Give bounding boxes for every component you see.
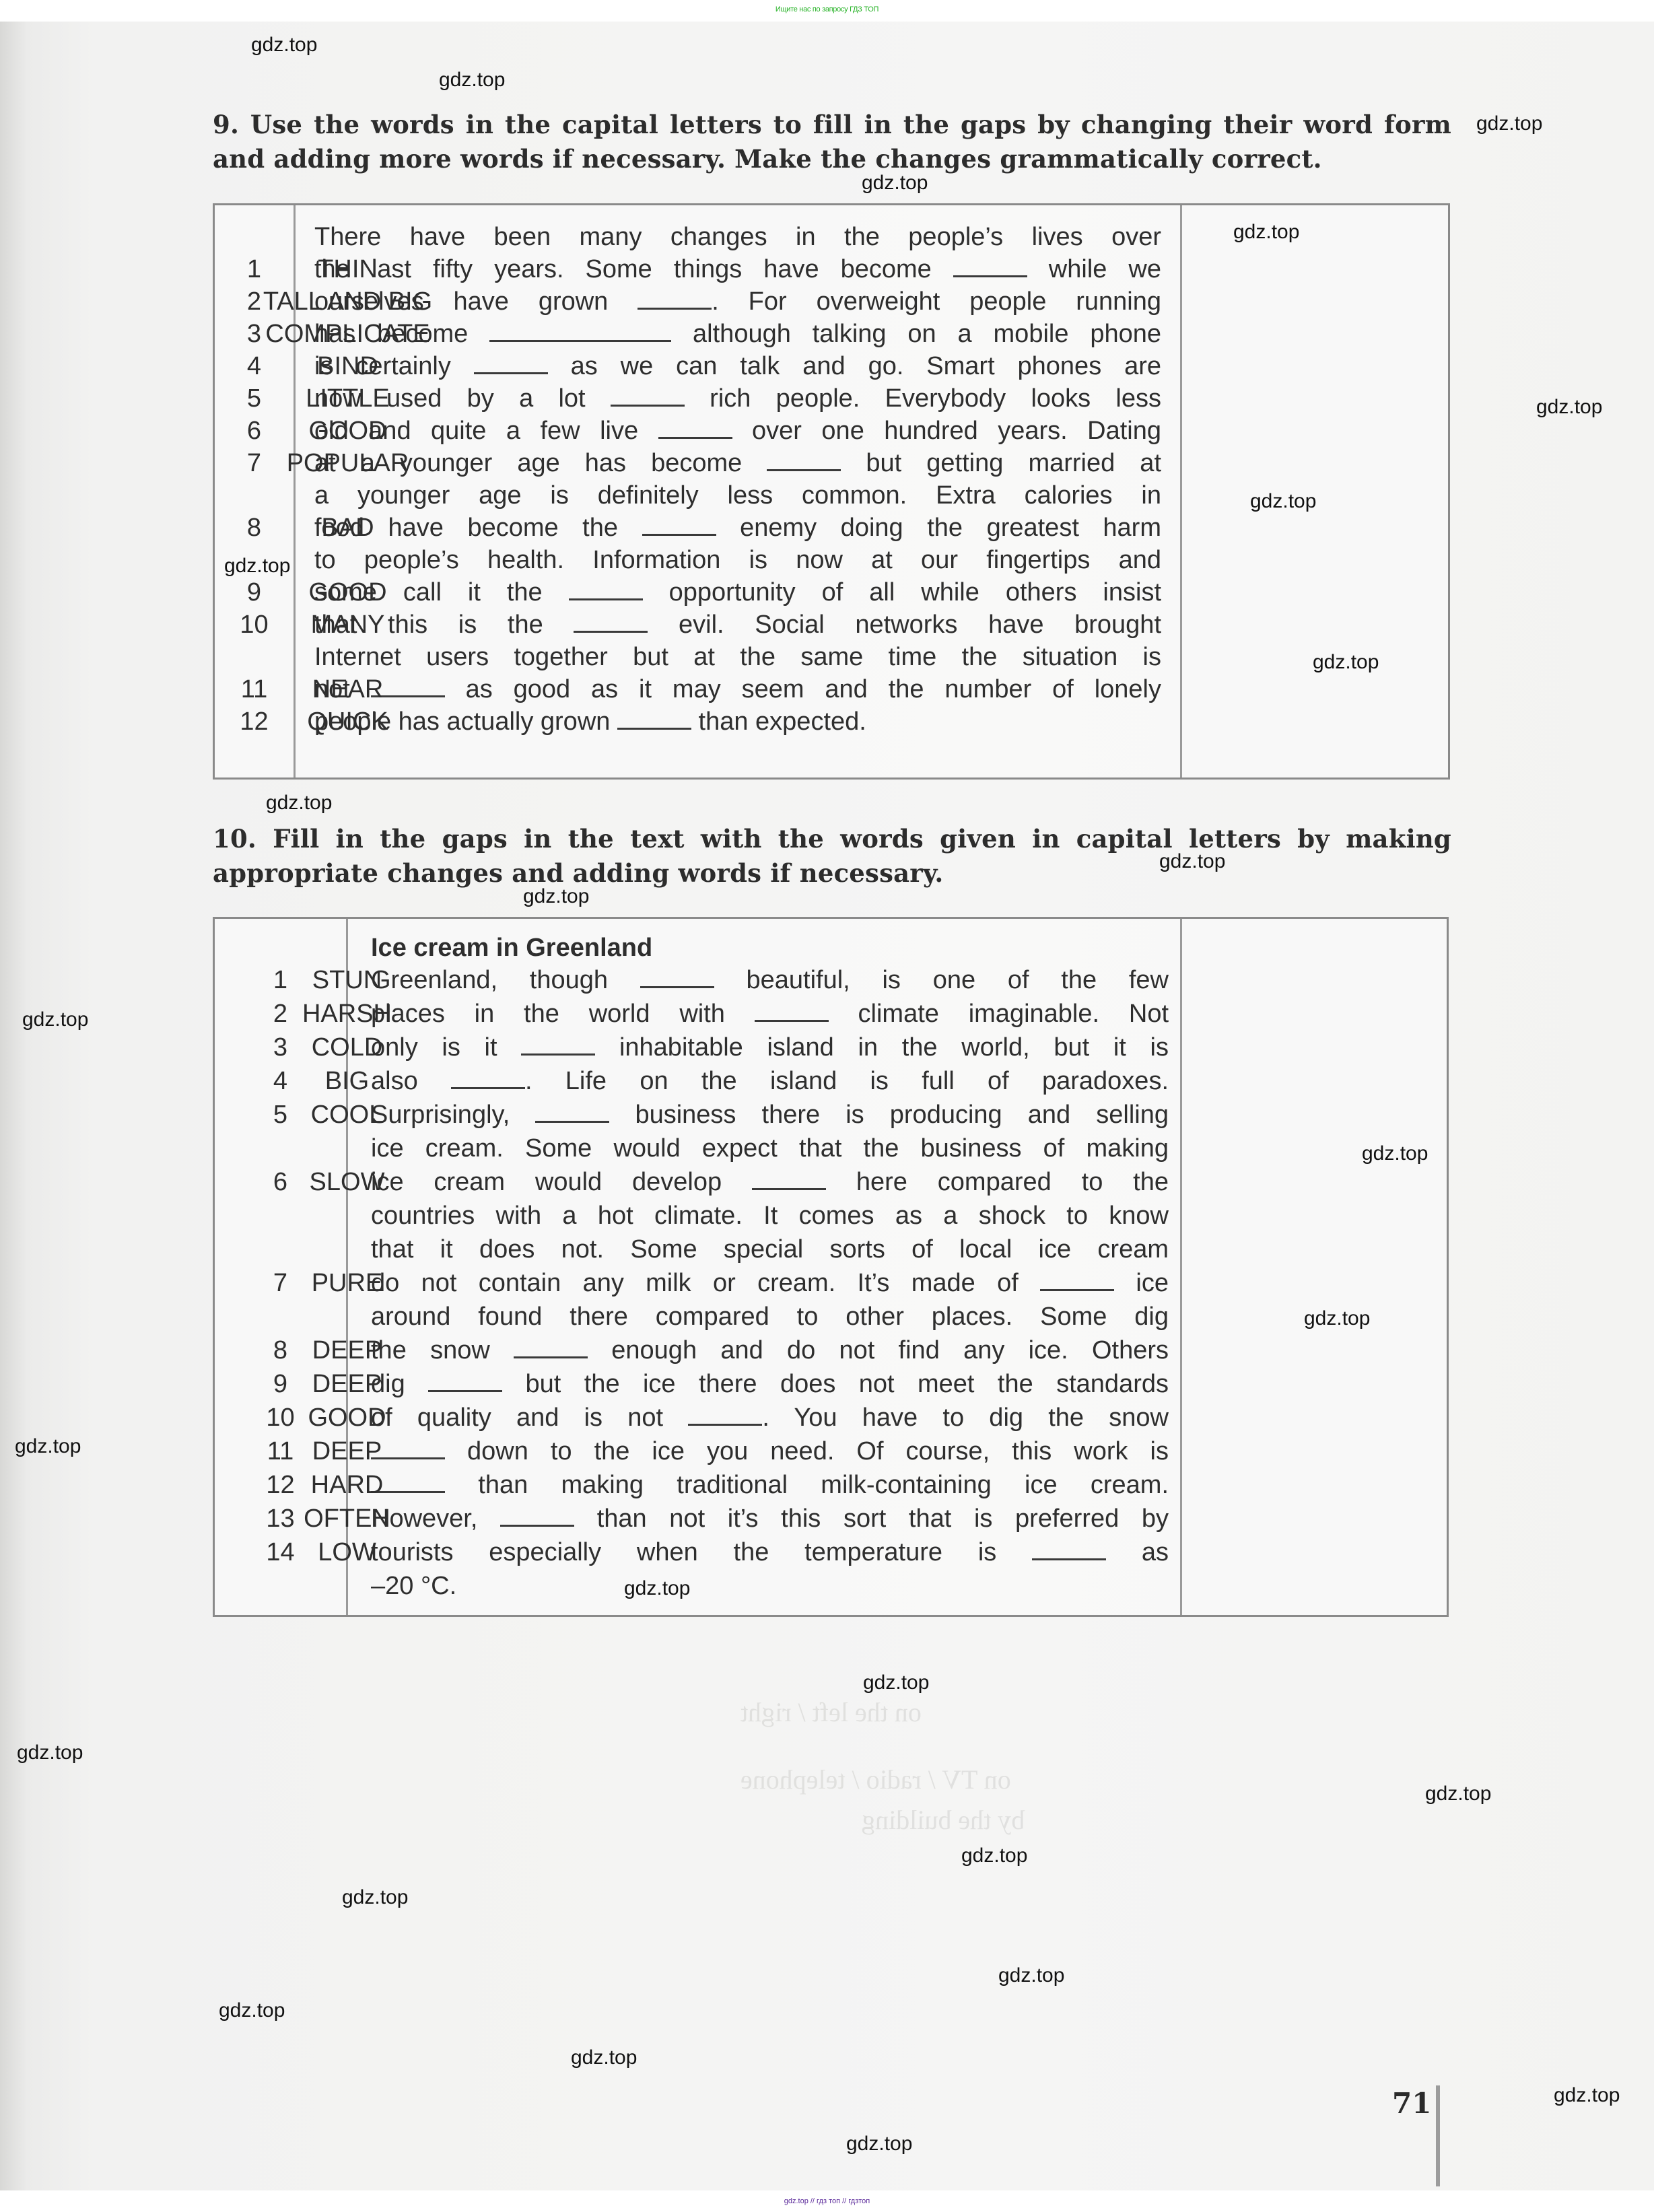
keyword bbox=[215, 1569, 479, 1603]
watermark: gdz.top bbox=[1159, 850, 1225, 873]
text-line: dig but the ice there does not meet the … bbox=[371, 1367, 1169, 1401]
watermark: gdz.top bbox=[523, 885, 589, 908]
text-line: However, than not it’s this sort that is… bbox=[371, 1502, 1169, 1535]
blank-gap[interactable] bbox=[569, 576, 643, 600]
keyword: COLD bbox=[215, 1031, 479, 1064]
watermark: gdz.top bbox=[1362, 1142, 1428, 1165]
text-after-gap: but getting married at bbox=[841, 449, 1161, 477]
text-line: –20 °C. bbox=[371, 1569, 1169, 1603]
bleed-through-text: on TV / radio / telephone bbox=[740, 1764, 1011, 1795]
keyword: BIG bbox=[215, 1064, 479, 1098]
watermark: gdz.top bbox=[224, 555, 290, 578]
keyword: THIN bbox=[215, 252, 481, 286]
keyword: BAD bbox=[215, 511, 481, 545]
blank-gap[interactable] bbox=[611, 382, 685, 407]
blank-gap[interactable] bbox=[688, 1401, 762, 1426]
blank-gap[interactable] bbox=[535, 1098, 609, 1123]
watermark: gdz.top bbox=[1425, 1783, 1491, 1805]
text-line: ice cream would develop here compared to… bbox=[371, 1165, 1169, 1199]
blank-gap[interactable] bbox=[658, 414, 732, 439]
keyword: DEEP bbox=[215, 1367, 479, 1401]
text-after-gap: business there is producing and selling bbox=[609, 1101, 1169, 1129]
text-line: around found there compared to other pla… bbox=[371, 1300, 1169, 1334]
keyword bbox=[215, 1132, 479, 1165]
text-line: than making traditional milk-containing … bbox=[371, 1468, 1169, 1502]
watermark: gdz.top bbox=[266, 792, 332, 815]
blank-gap[interactable] bbox=[474, 349, 548, 374]
text-after-gap: enough and do not find any ice. Others bbox=[588, 1336, 1169, 1364]
text-after-gap: ice bbox=[1114, 1269, 1169, 1297]
watermark: gdz.top bbox=[1250, 490, 1316, 513]
text-after-gap: as good as it may seem and the number of… bbox=[445, 675, 1161, 703]
keyword: LITTLE bbox=[215, 382, 481, 415]
text-after-gap: . You have to dig the snow bbox=[762, 1404, 1169, 1432]
text-line: ice cream. Some would expect that the bu… bbox=[371, 1132, 1169, 1165]
watermark: gdz.top bbox=[1554, 2084, 1620, 2107]
bleed-through-text: by the building bbox=[862, 1804, 1025, 1836]
text-after-gap: here compared to the bbox=[826, 1168, 1169, 1196]
watermark: gdz.top bbox=[15, 1435, 81, 1458]
text-after-gap: as bbox=[1106, 1538, 1169, 1566]
watermark: gdz.top bbox=[342, 1886, 408, 1909]
keyword bbox=[215, 479, 481, 512]
keyword bbox=[215, 1300, 479, 1334]
text-before-gap: around found there compared to other pla… bbox=[371, 1303, 1169, 1331]
text-after-gap: evil. Social networks have brought bbox=[648, 611, 1161, 639]
watermark: gdz.top bbox=[862, 172, 928, 195]
page-margin-rule bbox=[1436, 2085, 1440, 2186]
text-line: Greenland, though beautiful, is one of t… bbox=[371, 963, 1169, 997]
keyword: STUN bbox=[215, 963, 479, 997]
exercise-10-instructions: 10. Fill in the gaps in the text with th… bbox=[213, 822, 1451, 891]
text-line: countries with a hot climate. It comes a… bbox=[371, 1199, 1169, 1233]
keyword: GOOD bbox=[215, 414, 481, 448]
text-after-gap: while we bbox=[1027, 255, 1161, 283]
keyword: MANY bbox=[215, 608, 481, 642]
text-line: also . Life on the island is full of par… bbox=[371, 1064, 1169, 1098]
text-after-gap: . For overweight people running bbox=[712, 287, 1161, 316]
text-after-gap: over one hundred years. Dating bbox=[732, 417, 1161, 445]
watermark: gdz.top bbox=[1304, 1307, 1370, 1330]
keyword: PURE bbox=[215, 1266, 479, 1300]
keyword: TALL AND BIG bbox=[215, 285, 481, 318]
watermark: gdz.top bbox=[863, 1671, 929, 1694]
watermark: gdz.top bbox=[22, 1008, 88, 1031]
text-line: the snow enough and do not find any ice.… bbox=[371, 1334, 1169, 1367]
page-number: 71 bbox=[1392, 2087, 1431, 2120]
keyword: BIND bbox=[215, 349, 481, 383]
text-line: do not contain any milk or cream. It’s m… bbox=[371, 1266, 1169, 1300]
keyword bbox=[215, 1199, 479, 1233]
bleed-through-text: on the left / right bbox=[740, 1696, 922, 1728]
text-after-gap: inhabitable island in the world, but it … bbox=[595, 1033, 1169, 1062]
text-after-gap: climate imaginable. Not bbox=[829, 1000, 1169, 1028]
text-after-gap: . Life on the island is full of paradoxe… bbox=[525, 1067, 1169, 1095]
watermark: gdz.top bbox=[17, 1741, 83, 1764]
keyword: DEEP bbox=[215, 1334, 479, 1367]
watermark: gdz.top bbox=[1233, 221, 1299, 244]
text-after-gap: opportunity of all while others insist bbox=[643, 578, 1161, 607]
watermark: gdz.top bbox=[571, 2046, 637, 2069]
blank-gap[interactable] bbox=[500, 1502, 574, 1527]
blank-gap[interactable] bbox=[755, 997, 829, 1022]
keyword: HARSH bbox=[215, 997, 479, 1031]
keyword: COOL bbox=[215, 1098, 479, 1132]
watermark: gdz.top bbox=[1536, 396, 1602, 419]
blank-gap[interactable] bbox=[617, 705, 691, 730]
keyword: HARD bbox=[215, 1468, 479, 1502]
text-before-gap: ice cream. Some would expect that the bu… bbox=[371, 1134, 1169, 1163]
text-line: places in the world with climate imagina… bbox=[371, 997, 1169, 1031]
watermark: gdz.top bbox=[846, 2133, 912, 2155]
text-after-gap: although talking on a mobile phone bbox=[671, 320, 1161, 348]
text-line: tourists especially when the temperature… bbox=[371, 1535, 1169, 1569]
keyword: OFTEN bbox=[215, 1502, 479, 1535]
text-heading: Ice cream in Greenland bbox=[371, 931, 1164, 965]
keyword: NEAR bbox=[215, 672, 481, 706]
keyword: COMPLICATE bbox=[215, 317, 481, 351]
blank-gap[interactable] bbox=[638, 285, 712, 310]
text-before-gap: that it does not. Some special sorts of … bbox=[371, 1235, 1169, 1264]
watermark: gdz.top bbox=[251, 34, 317, 57]
top-banner: Ищите нас по запросу ГДЗ ТОП bbox=[0, 0, 1654, 22]
text-after-gap: beautiful, is one of the few bbox=[714, 966, 1169, 994]
watermark: gdz.top bbox=[998, 1964, 1064, 1987]
blank-gap[interactable] bbox=[521, 1031, 595, 1056]
text-after-gap: down to the ice you need. Of course, thi… bbox=[445, 1437, 1169, 1465]
keyword bbox=[215, 220, 481, 254]
text-line: only is it inhabitable island in the wor… bbox=[371, 1031, 1169, 1064]
bottom-banner: gdz.top // гдз топ // гдзтоп bbox=[0, 2190, 1654, 2212]
text-after-gap: as we can talk and go. Smart phones are bbox=[548, 352, 1161, 380]
watermark: gdz.top bbox=[219, 1999, 285, 2022]
blank-gap[interactable] bbox=[1040, 1266, 1114, 1291]
keyword: QUICK bbox=[215, 705, 481, 738]
keyword: LOW bbox=[215, 1535, 479, 1569]
text-line: down to the ice you need. Of course, thi… bbox=[371, 1435, 1169, 1468]
text-after-gap: enemy doing the greatest harm bbox=[716, 514, 1161, 542]
exercise-10-table: Ice cream in Greenland 1Greenland, thoug… bbox=[213, 917, 1449, 1617]
text-after-gap: than expected. bbox=[691, 707, 866, 736]
keyword bbox=[215, 1233, 479, 1266]
text-after-gap: than making traditional milk-containing … bbox=[445, 1471, 1169, 1499]
blank-gap[interactable] bbox=[574, 608, 648, 633]
blank-gap[interactable] bbox=[767, 446, 841, 471]
watermark: gdz.top bbox=[1476, 112, 1542, 135]
keyword: DEEP bbox=[215, 1435, 479, 1468]
blank-gap[interactable] bbox=[953, 252, 1027, 277]
keyword: GOOD bbox=[215, 1401, 479, 1435]
exercise-9-instructions: 9. Use the words in the capital letters … bbox=[213, 108, 1451, 176]
keyword bbox=[215, 640, 481, 674]
watermark: gdz.top bbox=[1313, 651, 1379, 674]
watermark: gdz.top bbox=[624, 1577, 690, 1600]
keyword-column bbox=[1180, 919, 1447, 1615]
text-after-gap: rich people. Everybody looks less bbox=[685, 384, 1161, 413]
watermark: gdz.top bbox=[961, 1844, 1027, 1867]
keyword: SLOW bbox=[215, 1165, 479, 1199]
blank-gap[interactable] bbox=[1032, 1535, 1106, 1560]
blank-gap[interactable] bbox=[640, 963, 714, 988]
blank-gap[interactable] bbox=[489, 317, 671, 342]
text-before-gap: countries with a hot climate. It comes a… bbox=[371, 1202, 1169, 1230]
text-line: of quality and is not . You have to dig … bbox=[371, 1401, 1169, 1435]
text-after-gap: than not it’s this sort that is preferre… bbox=[574, 1505, 1169, 1533]
blank-gap[interactable] bbox=[642, 511, 716, 536]
text-line: Surprisingly, business there is producin… bbox=[371, 1098, 1169, 1132]
text-line: that it does not. Some special sorts of … bbox=[371, 1233, 1169, 1266]
keyword: POPULAR bbox=[215, 446, 481, 480]
keyword: GOOD bbox=[215, 576, 481, 609]
text-after-gap: but the ice there does not meet the stan… bbox=[502, 1370, 1169, 1398]
blank-gap[interactable] bbox=[752, 1165, 826, 1190]
watermark: gdz.top bbox=[439, 69, 505, 92]
blank-gap[interactable] bbox=[514, 1334, 588, 1358]
